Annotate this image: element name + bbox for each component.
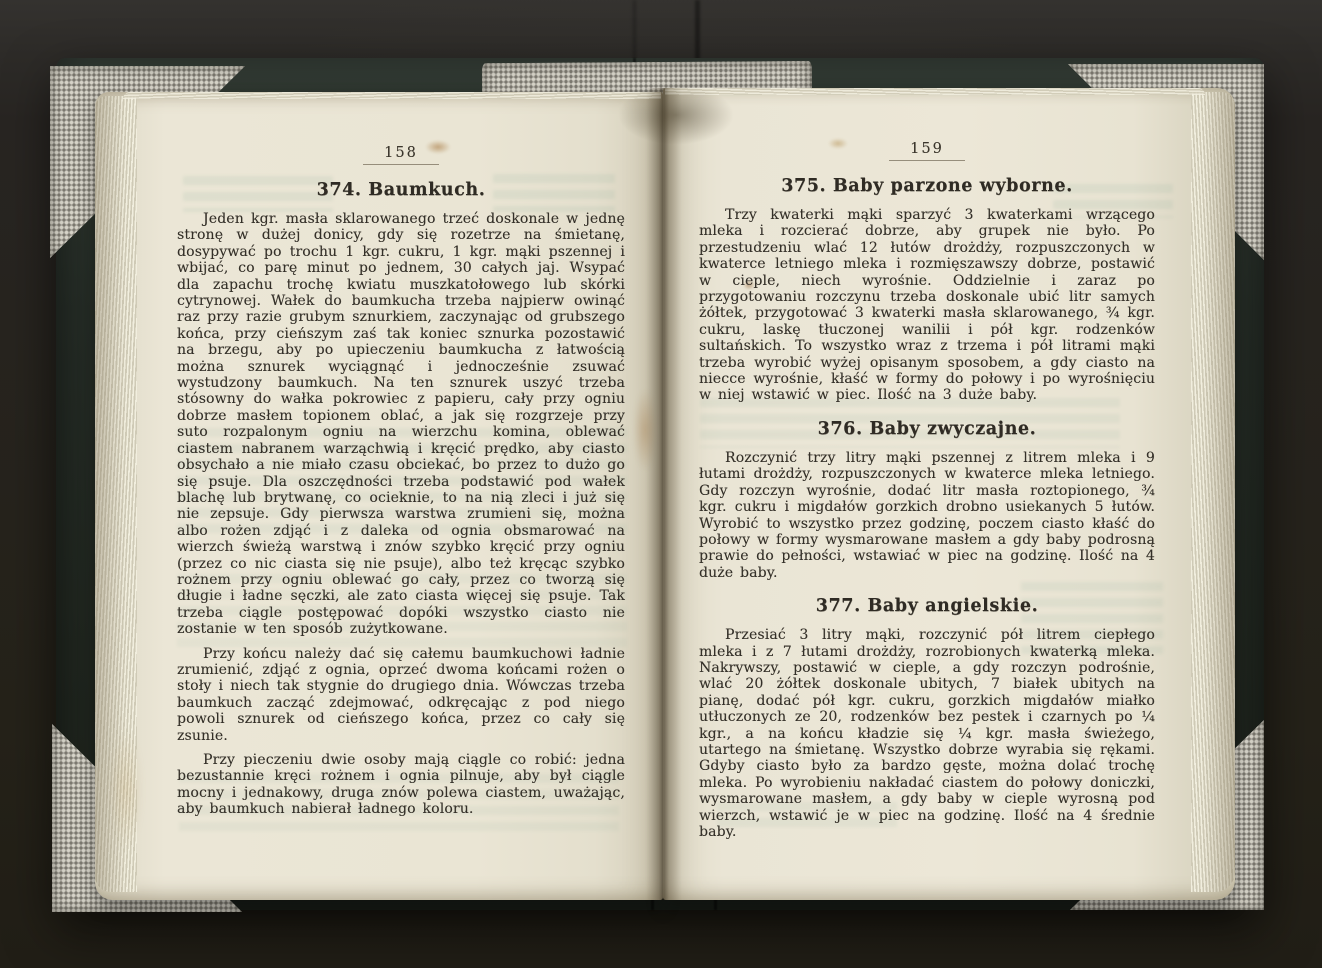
recipe-heading-377: 377. Baby angielskie.: [699, 596, 1155, 616]
paper-stain: [109, 728, 143, 852]
backdrop-seam-2: [633, 0, 636, 60]
photo-backdrop: 158 374. Baumkuch. Jeden kgr. masła skla…: [0, 0, 1322, 968]
page-number-rule: [889, 160, 965, 161]
backdrop-seam: [695, 0, 700, 62]
recipe-heading-374: 374. Baumkuch.: [177, 180, 625, 200]
recipe-paragraph: Trzy kwaterki mąki sparzyć 3 kwaterkami …: [699, 207, 1155, 404]
recipe-heading-376: 376. Baby zwyczajne.: [699, 419, 1155, 439]
recipe-paragraph: Jeden kgr. masła sklarowanego trzeć dosk…: [177, 211, 625, 638]
open-book: 158 374. Baumkuch. Jeden kgr. masła skla…: [56, 58, 1264, 910]
page-right: 159 375. Baby parzone wyborne. Trzy kwat…: [663, 88, 1235, 900]
page-number-left: 158: [384, 145, 418, 161]
page-left-content: 158 374. Baumkuch. Jeden kgr. masła skla…: [177, 142, 625, 826]
book-gutter-top-shadow: [616, 84, 736, 146]
book-gutter-shadow: [646, 88, 682, 900]
page-number-right: 159: [910, 141, 944, 157]
recipe-paragraph: Przy końcu należy dać się całemu baumkuc…: [177, 646, 625, 744]
recipe-paragraph: Rozczynić trzy litry mąki pszennej z lit…: [699, 450, 1155, 581]
recipe-heading-375: 375. Baby parzone wyborne.: [699, 176, 1155, 196]
recipe-paragraph: Przesiać 3 litry mąki, rozczynić pół lit…: [699, 627, 1155, 840]
page-left: 158 374. Baumkuch. Jeden kgr. masła skla…: [95, 92, 663, 900]
recipe-paragraph: Przy pieczeniu dwie osoby mają ciągle co…: [177, 752, 625, 818]
page-number-block: 159: [699, 138, 1155, 161]
page-right-content: 159 375. Baby parzone wyborne. Trzy kwat…: [699, 138, 1155, 848]
page-number-rule: [363, 164, 439, 165]
page-number-block: 158: [177, 142, 625, 165]
